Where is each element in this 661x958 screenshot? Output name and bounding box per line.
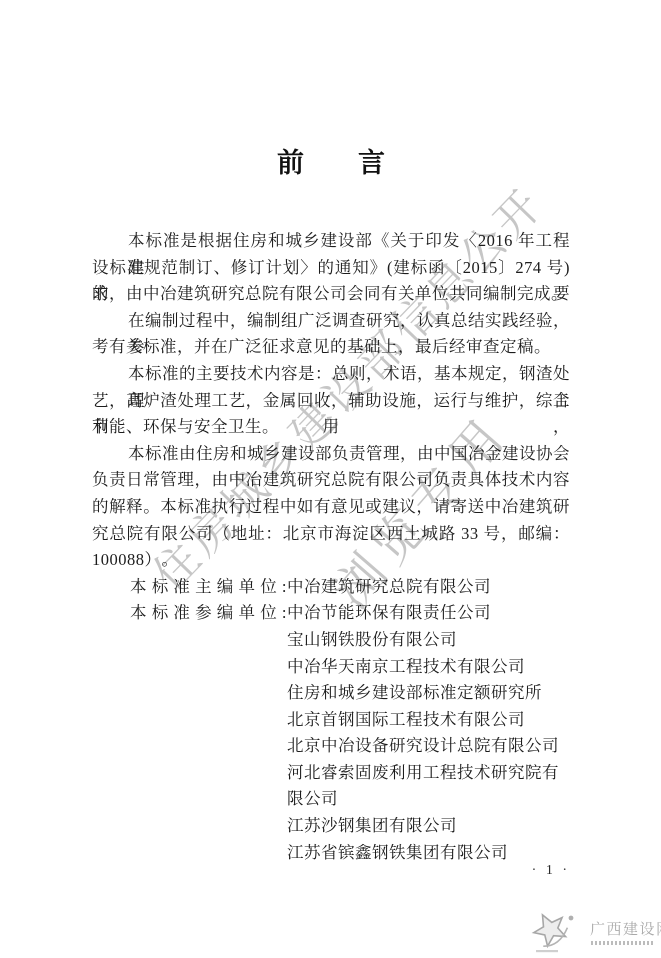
paragraph-line: 100088）。 bbox=[92, 547, 570, 574]
participant-unit: 宝山钢铁股份有限公司 bbox=[92, 627, 570, 654]
paragraph-line: 究总院有限公司（地址：北京市海淀区西土城路 33 号，邮编： bbox=[92, 521, 570, 548]
paragraph-line: 设标准规范制订、修订计划〉的通知》(建标函〔2015〕274 号)的要 bbox=[92, 255, 570, 282]
participant-unit: 限公司 bbox=[92, 786, 570, 813]
paragraph-line: 的解释。本标准执行过程中如有意见或建议，请寄送中冶建筑研 bbox=[92, 494, 570, 521]
document-page: 住房城乡建设部信息公开 浏览专用 前 言 本标准是根据住房和城乡建设部《关于印发… bbox=[0, 0, 661, 958]
paragraph-line: 求，由中冶建筑研究总院有限公司会同有关单位共同编制完成。 bbox=[92, 281, 570, 308]
chief-editor-unit: 中冶建筑研究总院有限公司 bbox=[287, 577, 491, 596]
participant-unit: 住房和城乡建设部标准定额研究所 bbox=[92, 680, 570, 707]
page-title: 前 言 bbox=[92, 148, 570, 178]
chief-editor-label: 本标准主编单位: bbox=[130, 574, 287, 601]
participant-unit: 中冶华天南京工程技术有限公司 bbox=[92, 654, 570, 681]
participant-unit: 北京首钢国际工程技术有限公司 bbox=[92, 707, 570, 734]
participant-unit: 北京中冶设备研究设计总院有限公司 bbox=[92, 733, 570, 760]
paragraph-line: 本标准的主要技术内容是：总则，术语，基本规定，钢渣处理工 bbox=[92, 361, 570, 388]
participant-unit: 河北睿索固废利用工程技术研究院有 bbox=[92, 760, 570, 787]
paragraph-line: 负责日常管理，由中冶建筑研究总院有限公司负责具体技术内容 bbox=[92, 467, 570, 494]
paragraph-line: 本标准是根据住房和城乡建设部《关于印发〈2016 年工程建 bbox=[92, 228, 570, 255]
paragraph-line: 艺，高炉渣处理工艺，金属回收，辅助设施，运行与维护，综合利用， bbox=[92, 388, 570, 415]
site-logo: 广西建设网 bbox=[530, 903, 658, 955]
site-logo-tagline bbox=[591, 941, 655, 945]
chief-editor-line: 本标准主编单位:中冶建筑研究总院有限公司 bbox=[92, 574, 570, 601]
paragraph-line: 在编制过程中，编制组广泛调查研究，认真总结实践经验，参 bbox=[92, 308, 570, 335]
document-body: 本标准是根据住房和城乡建设部《关于印发〈2016 年工程建 设标准规范制订、修订… bbox=[92, 228, 570, 866]
participant-unit: 江苏沙钢集团有限公司 bbox=[92, 813, 570, 840]
star-icon bbox=[530, 905, 576, 955]
participant-editor-line: 本标准参编单位:中冶节能环保有限责任公司 bbox=[92, 600, 570, 627]
site-logo-text: 广西建设网 bbox=[590, 918, 661, 939]
paragraph-line: 考有关标准，并在广泛征求意见的基础上，最后经审查定稿。 bbox=[92, 334, 570, 361]
participant-editor-label: 本标准参编单位: bbox=[130, 600, 287, 627]
participant-editor-unit: 中冶节能环保有限责任公司 bbox=[287, 603, 491, 622]
page-number: · 1 · bbox=[92, 863, 570, 879]
paragraph-line: 本标准由住房和城乡建设部负责管理，由中国冶金建设协会 bbox=[92, 441, 570, 468]
